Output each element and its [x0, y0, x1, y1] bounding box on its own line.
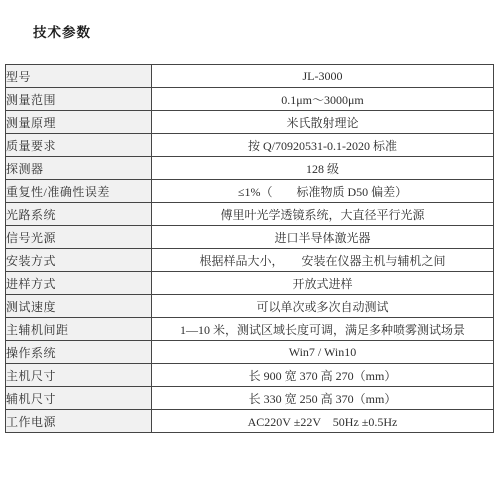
param-label: 测试速度 — [6, 295, 152, 318]
param-value: 米氏散射理论 — [152, 111, 494, 134]
param-label: 测量原理 — [6, 111, 152, 134]
table-row: 辅机尺寸 长 330 宽 250 高 370（mm） — [6, 387, 494, 410]
param-label: 质量要求 — [6, 134, 152, 157]
param-label: 重复性/准确性误差 — [6, 180, 152, 203]
param-label: 工作电源 — [6, 410, 152, 433]
table-row: 型号 JL-3000 — [6, 65, 494, 88]
table-row: 进样方式 开放式进样 — [6, 272, 494, 295]
table-row: 重复性/准确性误差 ≤1%（ 标准物质 D50 偏差） — [6, 180, 494, 203]
param-label: 主辅机间距 — [6, 318, 152, 341]
table-row: 测量原理 米氏散射理论 — [6, 111, 494, 134]
table-row: 操作系统 Win7 / Win10 — [6, 341, 494, 364]
param-value: 长 900 宽 370 高 270（mm） — [152, 364, 494, 387]
table-row: 探测器 128 级 — [6, 157, 494, 180]
param-label: 主机尺寸 — [6, 364, 152, 387]
param-label: 型号 — [6, 65, 152, 88]
table-row: 测量范围 0.1μm～3000μm — [6, 88, 494, 111]
param-value: 进口半导体激光器 — [152, 226, 494, 249]
param-value: 根据样品大小， 安装在仪器主机与辅机之间 — [152, 249, 494, 272]
technical-parameters-table: 型号 JL-3000 测量范围 0.1μm～3000μm 测量原理 米氏散射理论… — [5, 64, 494, 433]
param-value: 可以单次或多次自动测试 — [152, 295, 494, 318]
param-value: 1—10 米，测试区域长度可调，满足多种喷雾测试场景 — [152, 318, 494, 341]
param-label: 进样方式 — [6, 272, 152, 295]
table-row: 测试速度 可以单次或多次自动测试 — [6, 295, 494, 318]
param-label: 操作系统 — [6, 341, 152, 364]
table-row: 安装方式 根据样品大小， 安装在仪器主机与辅机之间 — [6, 249, 494, 272]
table-row: 质量要求 按 Q/70920531-0.1-2020 标准 — [6, 134, 494, 157]
param-value: JL-3000 — [152, 65, 494, 88]
table-row: 工作电源 AC220V ±22V 50Hz ±0.5Hz — [6, 410, 494, 433]
param-value: 开放式进样 — [152, 272, 494, 295]
param-value: 长 330 宽 250 高 370（mm） — [152, 387, 494, 410]
param-value: AC220V ±22V 50Hz ±0.5Hz — [152, 410, 494, 433]
spec-table-container: 型号 JL-3000 测量范围 0.1μm～3000μm 测量原理 米氏散射理论… — [5, 64, 494, 433]
param-value: 128 级 — [152, 157, 494, 180]
param-value: 傅里叶光学透镜系统，大直径平行光源 — [152, 203, 494, 226]
param-label: 测量范围 — [6, 88, 152, 111]
param-value: 0.1μm～3000μm — [152, 88, 494, 111]
table-row: 信号光源 进口半导体激光器 — [6, 226, 494, 249]
param-label: 安装方式 — [6, 249, 152, 272]
param-value: Win7 / Win10 — [152, 341, 494, 364]
param-value: 按 Q/70920531-0.1-2020 标准 — [152, 134, 494, 157]
param-value: ≤1%（ 标准物质 D50 偏差） — [152, 180, 494, 203]
table-row: 主辅机间距 1—10 米，测试区域长度可调，满足多种喷雾测试场景 — [6, 318, 494, 341]
table-row: 光路系统 傅里叶光学透镜系统，大直径平行光源 — [6, 203, 494, 226]
table-row: 主机尺寸 长 900 宽 370 高 270（mm） — [6, 364, 494, 387]
param-label: 辅机尺寸 — [6, 387, 152, 410]
param-label: 探测器 — [6, 157, 152, 180]
param-label: 光路系统 — [6, 203, 152, 226]
param-label: 信号光源 — [6, 226, 152, 249]
page-title: 技术参数 — [33, 21, 91, 41]
